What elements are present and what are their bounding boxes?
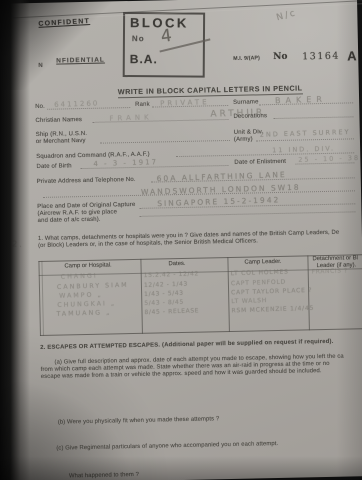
field-label-private-address: Private Address and Telephone No. bbox=[37, 177, 136, 185]
block-ba-stamp: BLOCK No 4 B.A. bbox=[123, 12, 205, 78]
question2b: (b) Were you physically fit when you mad… bbox=[58, 416, 220, 425]
table-header-dates: Dates. bbox=[168, 261, 185, 267]
table-row-dates: 12/42 - 1/43 bbox=[144, 281, 188, 289]
table-row-camp: CHANGI bbox=[61, 273, 98, 281]
table-row-camp: CHUNGKAI „ bbox=[57, 300, 116, 309]
field-label-date-of-enlistment: Date of Enlistment bbox=[234, 159, 286, 166]
table-row-camp: WAMPO „ bbox=[59, 291, 103, 299]
table-row-dates: 5/43 - 8/45 bbox=[144, 299, 184, 307]
block-stamp-ba: B.A. bbox=[130, 52, 158, 66]
rule-line bbox=[273, 116, 353, 119]
field-label-ship-line1: Ship (R.N., U.S.N. bbox=[36, 131, 88, 138]
table-row-camp: CANBURY SIAM bbox=[57, 282, 129, 291]
table-border-left-inner bbox=[41, 261, 44, 336]
table-row-detachment: FRANCIS ? bbox=[312, 267, 348, 275]
table-row-leader: CAPT PENFOLD bbox=[231, 279, 286, 288]
serial-number: 13164 bbox=[302, 51, 340, 63]
field-label-capture-line2: (Aircrew R.A.F. to give place bbox=[37, 209, 117, 217]
serial-no-label: No bbox=[273, 52, 287, 62]
table-row-camp: TAMUANG „ bbox=[56, 309, 111, 318]
field-label-no: No. bbox=[35, 104, 45, 110]
question2c-what-happened: What happened to them ? bbox=[69, 472, 139, 479]
rule-line bbox=[256, 138, 354, 141]
corner-letter-a: A bbox=[347, 48, 357, 63]
field-label-date-of-birth: Date of Birth bbox=[36, 163, 71, 170]
table-col-separator bbox=[227, 257, 230, 332]
top-left-shadow bbox=[0, 0, 120, 90]
table-row-dates: 8/45 - RELEASE bbox=[144, 307, 199, 316]
table-row-dates: 1/43 - 5/43 bbox=[144, 290, 184, 298]
field-label-rank: Rank bbox=[135, 102, 150, 108]
table-row-dates: 15.2.42 - 12/42 bbox=[144, 270, 199, 279]
field-label-capture-line3: and date of a/c crash). bbox=[38, 217, 101, 224]
field-label-capture-line1: Place and Date of Original Capture bbox=[37, 202, 135, 210]
table-header-detachment-line1: Detachment or Bl bbox=[312, 255, 358, 262]
table-border-left bbox=[38, 261, 41, 336]
rule-line bbox=[100, 140, 230, 144]
table-row-leader: CAPT TAYLOR PLACE ? bbox=[231, 287, 312, 297]
rule-line bbox=[139, 211, 355, 217]
pencil-mark-top-right: N/c bbox=[275, 8, 298, 23]
field-label-christian-names: Christian Names bbox=[35, 117, 82, 124]
field-label-decorations: Decorations bbox=[233, 113, 267, 120]
question2-heading: 2. ESCAPES OR ATTEMPTED ESCAPES. (Additi… bbox=[40, 339, 333, 351]
table-row-leader: RSM MCKENZIE 1/4/45 bbox=[231, 305, 314, 315]
table-header-camp: Camp or Hospital. bbox=[64, 262, 111, 269]
rule-line bbox=[259, 102, 353, 105]
rule-line bbox=[295, 162, 354, 164]
table-border-bottom bbox=[40, 328, 362, 336]
photo-of-pow-form: N/c CONFIDENT NFIDENTIAL N BLOCK No 4 B.… bbox=[0, 0, 362, 480]
field-value-unit-div-line1: 2ND EAST SURREY bbox=[260, 128, 351, 139]
rule-line bbox=[152, 105, 228, 108]
block-stamp-handwritten-number: 4 bbox=[160, 26, 175, 48]
table-row-leader: LT WALSH bbox=[231, 297, 267, 305]
table-col-separator bbox=[140, 259, 143, 334]
question2c: (c) Give Regimental particulars of anyon… bbox=[56, 441, 278, 452]
table-row-leader: LT COL HOLMES bbox=[231, 268, 289, 277]
block-stamp-no-label: No bbox=[132, 34, 145, 43]
field-label-unit-div-line2: (Army) bbox=[234, 136, 253, 142]
table-header-leader: Camp Leader. bbox=[244, 259, 281, 266]
form-reference: M.I. 9/(AP) bbox=[233, 55, 260, 62]
field-label-surname: Surname bbox=[233, 99, 259, 106]
field-label-ship-line2: or Merchant Navy bbox=[36, 138, 86, 145]
